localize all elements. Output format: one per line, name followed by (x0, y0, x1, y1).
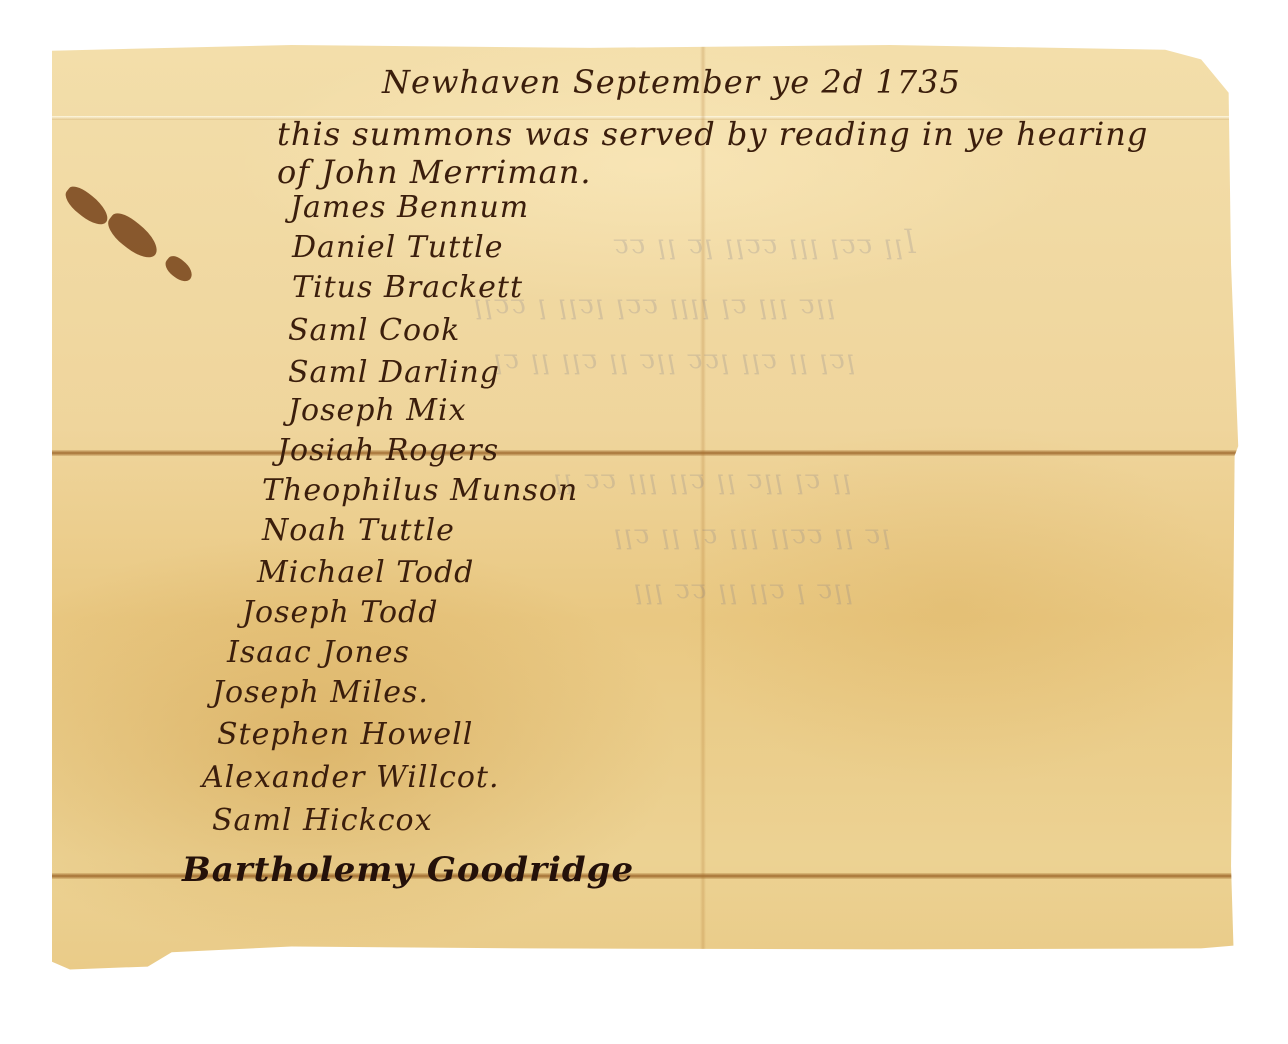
list-item: Joseph Mix (288, 393, 467, 428)
list-item: Saml Darling (288, 355, 500, 390)
list-item: Bartholemy Goodridge (182, 850, 634, 890)
ink-stain (102, 208, 164, 264)
list-item: Titus Brackett (292, 270, 523, 305)
bleed-through-text: ꞁꞁ ꞇꞁ ꞁꞁꞇ ꞁꞁ ꞇꞁꞁ ꞁꞁꞁ ꞇꞇ ꞁꞁ (552, 465, 851, 495)
list-item: Saml Hickcox (212, 803, 433, 838)
list-item: Stephen Howell (217, 717, 473, 752)
bleed-through-text: ꞁꞁꞇ ꞁ ꞇꞁꞁ ꞁꞁ ꞇꞇ ꞁꞁꞁ (632, 575, 853, 605)
bleed-through-text: ꞁꞇꞁ ꞁꞁ ꞇꞁꞁ ꞁꞇꞇ ꞁꞁꞇ ꞁꞁ ꞇꞁꞁ ꞁꞁ ꞇꞁ (492, 345, 855, 375)
list-item: Michael Todd (257, 555, 474, 590)
list-item: Noah Tuttle (262, 513, 455, 548)
list-item: Joseph Miles. (212, 675, 429, 710)
manuscript-paper: ꟾꞁꞁ ꞇꞇꞁ ꞁꞁꞁ ꞇꞇꞁꞁ ꞁꞇ ꞁꞁ ꞇꞇ ꞁꞁꞇ ꞁꞁꞁ ꞇꞁ ꞁꞁꞁ… (52, 45, 1249, 1000)
fold-crease-middle (52, 450, 1249, 456)
summons-hearing-line: of John Merriman. (277, 153, 592, 191)
bleed-through-text: ꟾꞁꞁ ꞇꞇꞁ ꞁꞁꞁ ꞇꞇꞁꞁ ꞁꞇ ꞁꞁ ꞇꞇ (612, 230, 915, 260)
list-item: Daniel Tuttle (292, 230, 504, 265)
ink-stain (162, 253, 197, 286)
summons-served-line: this summons was served by reading in ye… (277, 115, 1148, 153)
list-item: Joseph Todd (242, 595, 438, 630)
list-item: Theophilus Munson (262, 473, 578, 508)
list-item: Josiah Rogers (277, 433, 499, 468)
list-item: Saml Cook (288, 313, 460, 348)
bleed-through-text: ꞁꞇ ꞁꞁ ꞇꞇꞁꞁ ꞁꞁꞁ ꞇꞁ ꞁꞁ ꞇꞁꞁ (612, 520, 891, 550)
bleed-through-text: ꞁꞁꞇ ꞁꞁꞁ ꞇꞁ ꞁꞁꞁꞁ ꞇꞇꞁ ꞁꞇꞁꞁ ꞁ ꞇꞇꞁꞁ (472, 290, 835, 320)
ink-stain (61, 182, 114, 230)
list-item: Alexander Willcot. (202, 760, 500, 795)
list-item: Isaac Jones (227, 635, 410, 670)
list-item: James Bennum (290, 190, 529, 225)
place-date-line: Newhaven September ye 2d 1735 (382, 63, 961, 101)
